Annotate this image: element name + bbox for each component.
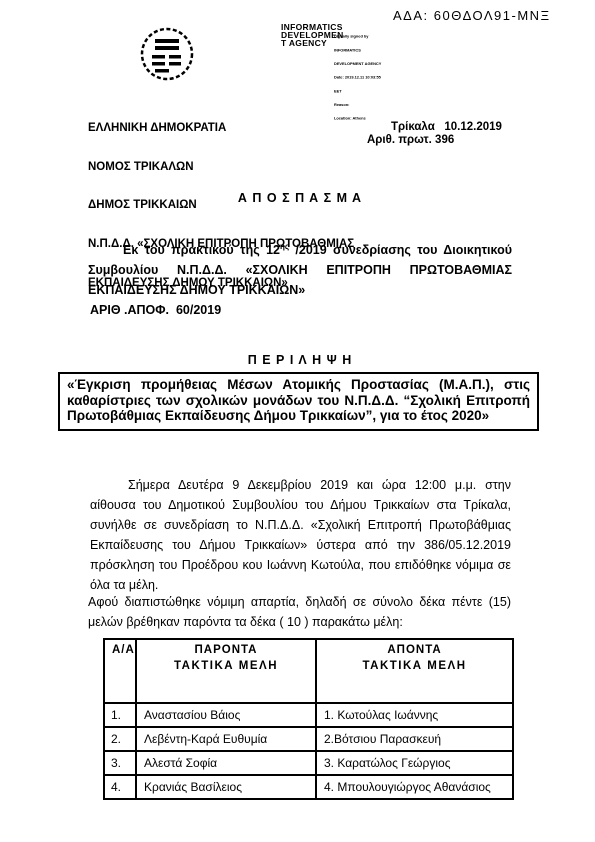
members-table: Α/Α ΠΑΡΟΝΤΑ ΤΑΚΤΙΚΑ ΜΕΛΗ ΑΠΟΝΤΑ ΤΑΚΤΙΚΑ … [103, 638, 514, 800]
extract-intro-paragraph: Εκ του πρακτικού της 12ης /2019 συνεδρία… [88, 237, 512, 300]
absent-member: 3. Καρατώλος Γεώργιος [316, 751, 513, 775]
document-page: ΑΔΑ: 60ΘΔΟΛ91-ΜΝΞ INFORMATICS DEVELOPMEN… [0, 0, 595, 842]
absent-member: 1. Κωτούλας Ιωάννης [316, 703, 513, 727]
summary-box: «Έγκριση προμήθειας Μέσων Ατομικής Προστ… [58, 372, 539, 431]
col-header-aa: Α/Α [104, 639, 136, 703]
signature-detail-line: INFORMATICS [334, 49, 399, 54]
present-member: Αλεστά Σοφία [136, 751, 316, 775]
digital-signature-agency: INFORMATICS DEVELOPMEN T AGENCY [281, 23, 339, 47]
present-member: Αναστασίου Βάιος [136, 703, 316, 727]
col-header-present: ΠΑΡΟΝΤΑ ΤΑΚΤΙΚΑ ΜΕΛΗ [136, 639, 316, 703]
row-number: 2. [104, 727, 136, 751]
extract-title: Α Π Ο Σ Π Α Σ Μ Α [88, 191, 512, 205]
session-paragraph: Σήμερα Δευτέρα 9 Δεκεμβρίου 2019 και ώρα… [90, 475, 511, 595]
place-and-date: Τρίκαλα 10.12.2019 [391, 121, 502, 133]
ada-code: ΑΔΑ: 60ΘΔΟΛ91-ΜΝΞ [393, 8, 551, 23]
present-member: Λεβέντη-Καρά Ευθυμία [136, 727, 316, 751]
intro-text-before: Εκ του πρακτικού της 12 [123, 243, 280, 257]
col-header-absent-line2: ΤΑΚΤΙΚΑ ΜΕΛΗ [324, 660, 505, 672]
table-row: 3. Αλεστά Σοφία 3. Καρατώλος Γεώργιος [104, 751, 513, 775]
present-member: Κρανιάς Βασίλειος [136, 775, 316, 799]
summary-title: Π Ε Ρ Ι Λ Η Ψ Η [88, 353, 512, 367]
absent-member: 4. Μπουλουγιώργος Αθανάσιος [316, 775, 513, 799]
signature-detail-line: EET [334, 90, 399, 95]
protocol-number: Αριθ. πρωτ. 396 [367, 134, 454, 146]
signature-detail-line: Date: 2019.12.11 10:03:55 [334, 76, 399, 81]
decision-number: ΑΡΙΘ .ΑΠΟΦ. 60/2019 [90, 303, 221, 317]
row-number: 4. [104, 775, 136, 799]
table-row: 4. Κρανιάς Βασίλειος 4. Μπουλουγιώργος Α… [104, 775, 513, 799]
signature-detail-line: DEVELOPMENT AGENCY [334, 62, 399, 67]
table-header-row: Α/Α ΠΑΡΟΝΤΑ ΤΑΚΤΙΚΑ ΜΕΛΗ ΑΠΟΝΤΑ ΤΑΚΤΙΚΑ … [104, 639, 513, 703]
row-number: 3. [104, 751, 136, 775]
signature-agency-line: T AGENCY [281, 39, 339, 47]
quorum-paragraph: Αφού διαπιστώθηκε νόμιμη απαρτία, δηλαδή… [88, 592, 511, 632]
col-header-absent-line1: ΑΠΟΝΤΑ [324, 644, 505, 656]
table-row: 2. Λεβέντη-Καρά Ευθυμία 2.Βότσιου Παρασκ… [104, 727, 513, 751]
hellenic-republic-emblem-icon [137, 24, 197, 84]
letterhead-republic: ΕΛΛΗΝΙΚΗ ΔΗΜΟΚΡΑΤΙΑ [88, 122, 354, 135]
col-header-present-line1: ΠΑΡΟΝΤΑ [144, 644, 308, 656]
row-number: 1. [104, 703, 136, 727]
letterhead-prefecture: ΝΟΜΟΣ ΤΡΙΚΑΛΩΝ [88, 161, 354, 174]
ordinal-superscript: ης [280, 242, 289, 251]
absent-member: 2.Βότσιου Παρασκευή [316, 727, 513, 751]
signature-detail-line: Digitally signed by [334, 35, 399, 40]
col-header-present-line2: ΤΑΚΤΙΚΑ ΜΕΛΗ [144, 660, 308, 672]
col-header-absent: ΑΠΟΝΤΑ ΤΑΚΤΙΚΑ ΜΕΛΗ [316, 639, 513, 703]
table-row: 1. Αναστασίου Βάιος 1. Κωτούλας Ιωάννης [104, 703, 513, 727]
